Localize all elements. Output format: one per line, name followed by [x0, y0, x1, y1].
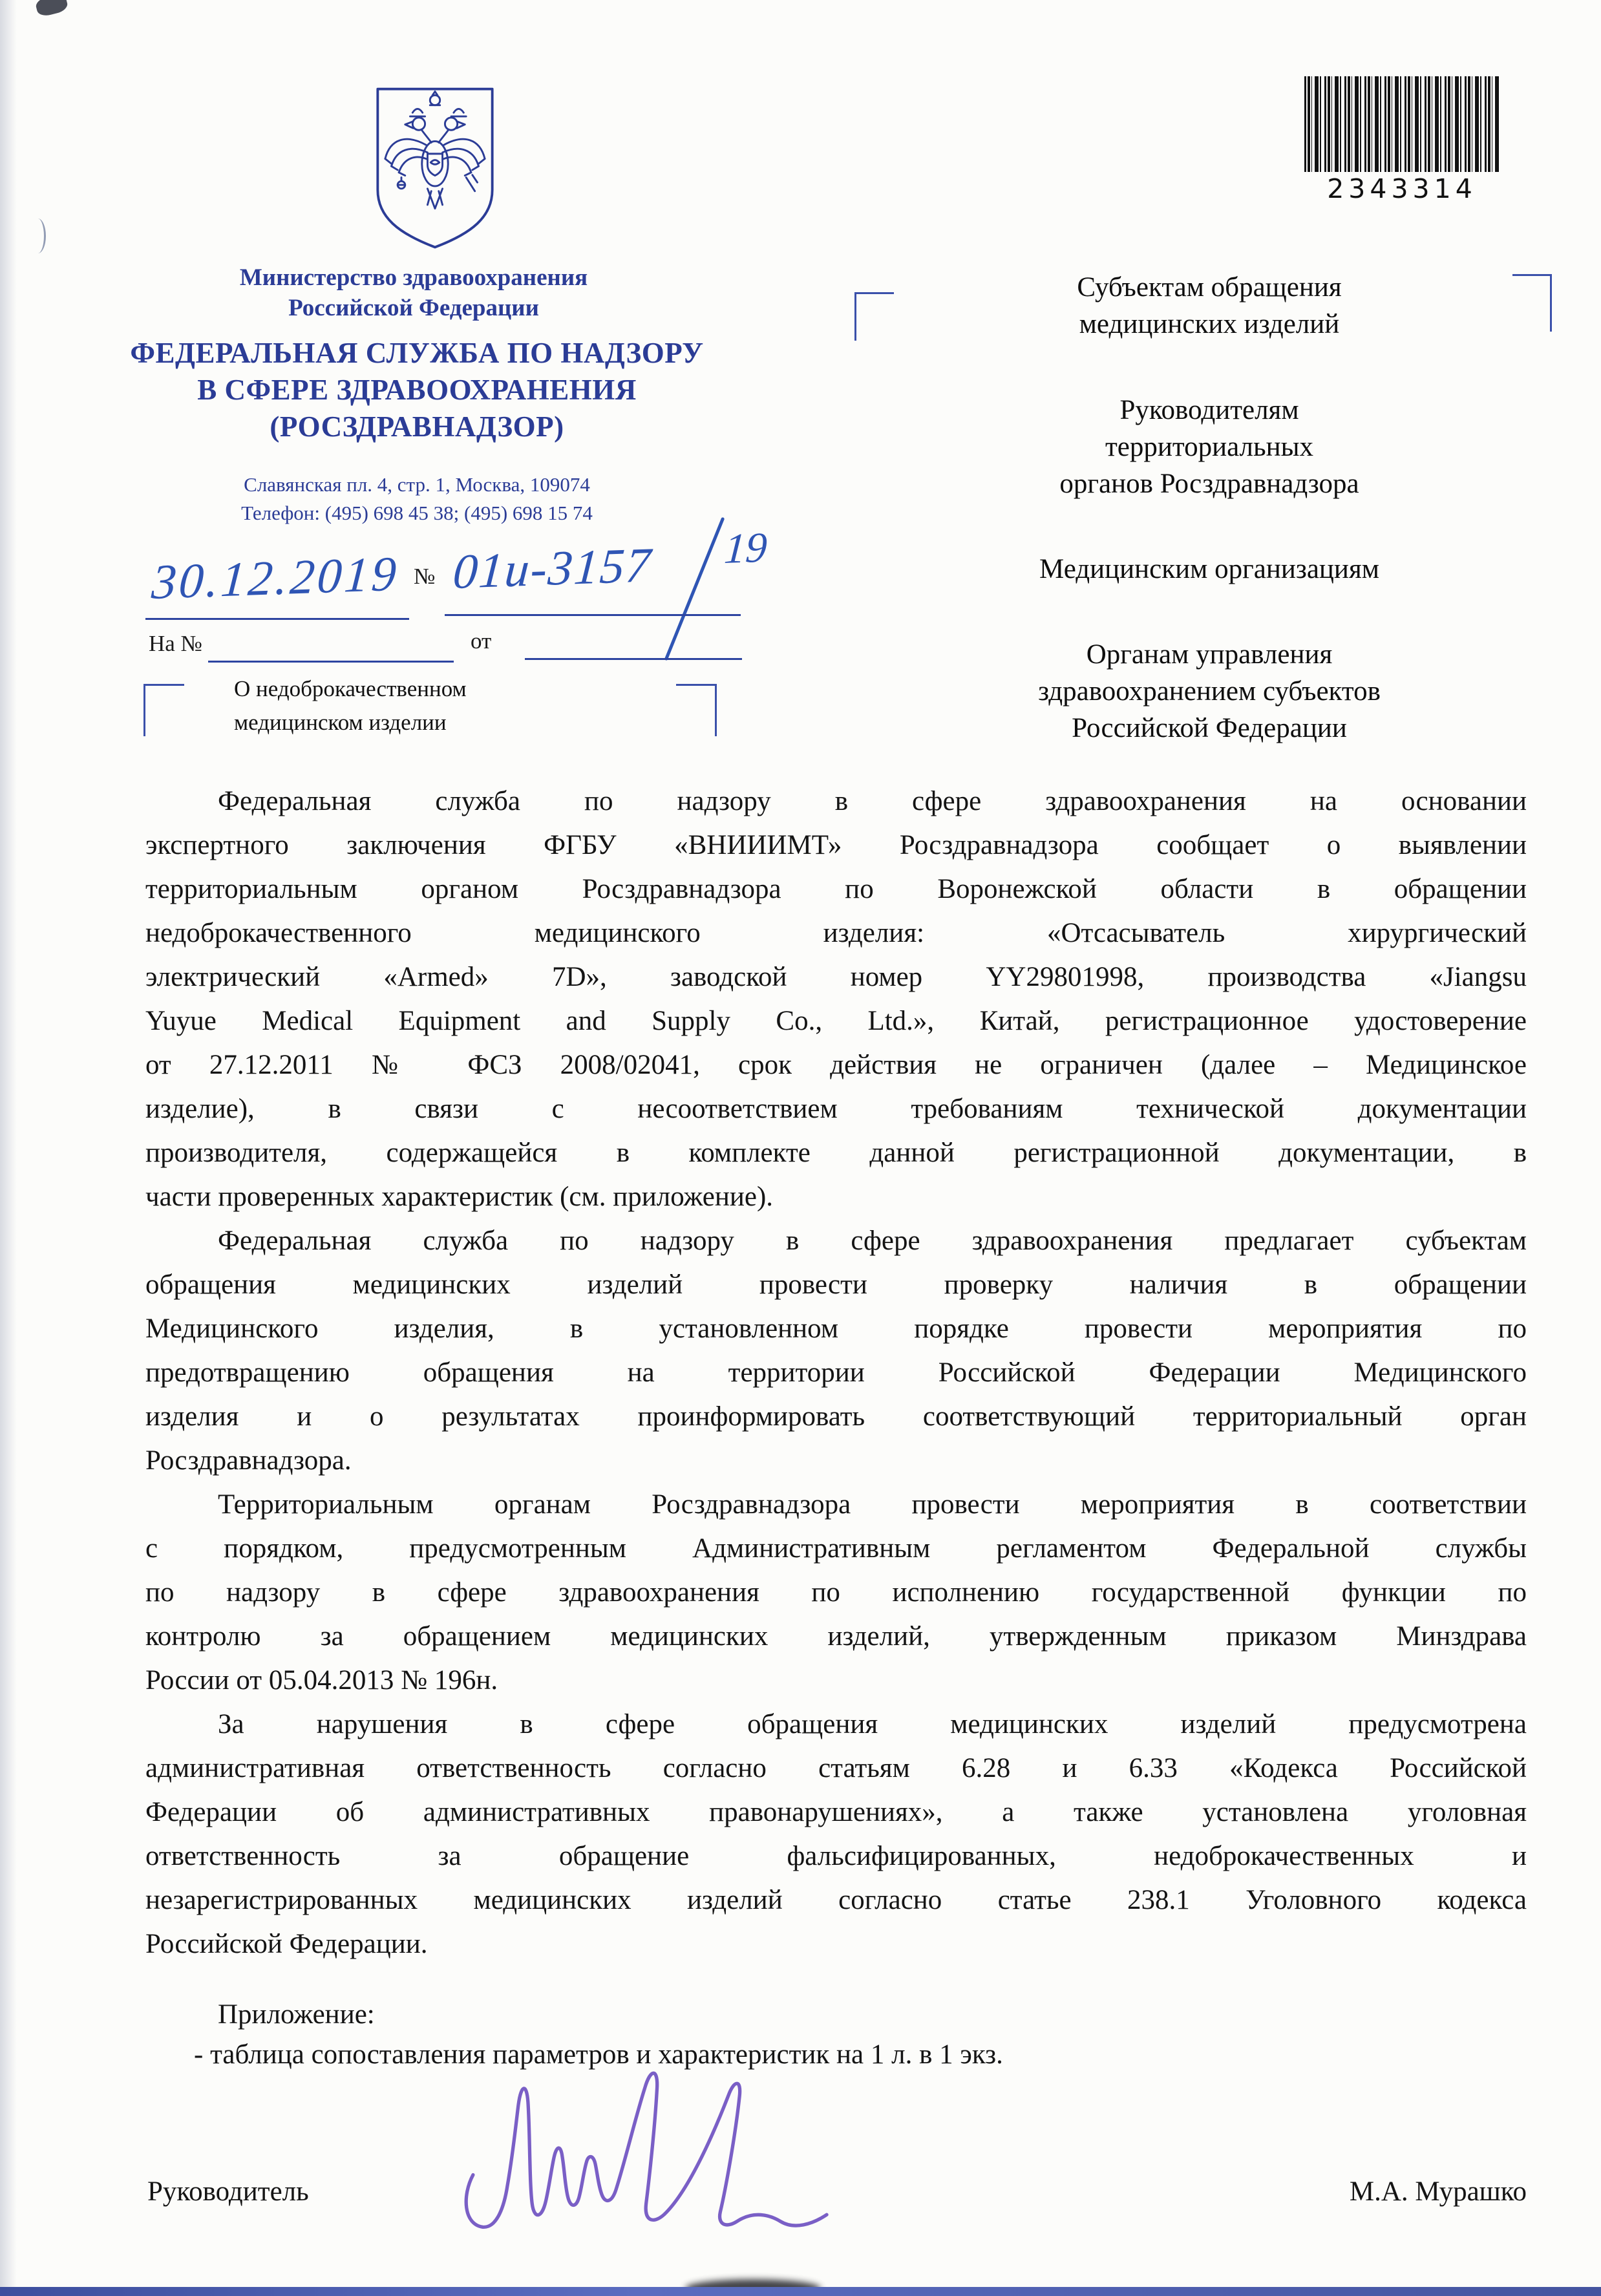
handwritten-date: 30.12.2019: [150, 546, 401, 611]
body-line: недоброкачественного медицинского издели…: [145, 911, 1527, 955]
body-line: России от 05.04.2013 № 196н.: [145, 1659, 1527, 1703]
attachment-title: Приложение:: [145, 1995, 1527, 2035]
reply-from-label: от: [471, 628, 491, 654]
addressee-bracket-left: [854, 292, 894, 341]
addressee-block: Медицинским организациям: [900, 551, 1519, 588]
letterhead-contacts: Славянская пл. 4, стр. 1, Москва, 109074…: [165, 471, 669, 527]
barcode-number: 2343314: [1304, 173, 1500, 204]
coat-of-arms-icon: [366, 81, 504, 256]
body-line: предотвращению обращения на территории Р…: [145, 1351, 1527, 1395]
body-line: Федеральная служба по надзору в сфере зд…: [145, 1219, 1527, 1263]
body-line: Российской Федерации.: [145, 1922, 1527, 1966]
body-line: изделие), в связи с несоответствием треб…: [145, 1087, 1527, 1131]
barcode-image: [1304, 76, 1500, 172]
body-line: территориальным органом Росздравнадзора …: [145, 867, 1527, 911]
body-line: части проверенных характеристик (см. при…: [145, 1175, 1527, 1219]
body-line: административная ответственность согласн…: [145, 1747, 1527, 1791]
signature-autograph: [452, 2041, 892, 2274]
handwritten-number-suffix: 19: [723, 523, 769, 574]
body-text: Федеральная служба по надзору в сфере зд…: [145, 780, 1527, 1966]
signer-position: Руководитель: [147, 2176, 309, 2207]
addressee-block: Субъектам обращения медицинских изделий: [900, 269, 1519, 343]
subject-bracket-right: [676, 684, 717, 736]
body-line: Yuyue Medical Equipment and Supply Co., …: [145, 999, 1527, 1043]
body-line: Федерации об административных правонаруш…: [145, 1791, 1527, 1834]
letterhead-address: Славянская пл. 4, стр. 1, Москва, 109074: [165, 471, 669, 499]
pen-stray-mark: [30, 218, 46, 253]
handwritten-slash-stroke: [664, 517, 725, 661]
signer-name: М.А. Мурашко: [1228, 2176, 1527, 2207]
body-line: от 27.12.2011 № ФСЗ 2008/02041, срок дей…: [145, 1043, 1527, 1087]
body-line: с порядком, предусмотренным Администрати…: [145, 1527, 1527, 1571]
body-line: экспертного заключения ФГБУ «ВНИИИМТ» Ро…: [145, 824, 1527, 867]
reply-to-number-label: На №: [149, 631, 202, 657]
body-line: контролю за обращением медицинских издел…: [145, 1615, 1527, 1659]
body-line: Медицинского изделия, в установленном по…: [145, 1307, 1527, 1351]
number-sign-label: №: [414, 564, 435, 590]
scanned-letter-page: Министерство здравоохранения Российской …: [0, 0, 1601, 2296]
ministry-name: Министерство здравоохранения Российской …: [200, 262, 627, 323]
reply-date-underline: [525, 658, 742, 660]
number-underline: [445, 614, 741, 616]
body-line: незарегистрированных медицинских изделий…: [145, 1878, 1527, 1922]
body-line: изделия и о результатах проинформировать…: [145, 1395, 1527, 1439]
reply-number-underline: [208, 661, 454, 663]
body-line: Росздравнадзора.: [145, 1439, 1527, 1483]
body-line: электрический «Armed» 7D», заводской ном…: [145, 955, 1527, 999]
body-line: Федеральная служба по надзору в сфере зд…: [145, 780, 1527, 824]
scan-edge-shadow: [0, 0, 17, 2296]
subject-line: О недоброкачественном медицинском издели…: [234, 672, 648, 739]
date-underline: [145, 618, 409, 620]
letterhead-phone: Телефон: (495) 698 45 38; (495) 698 15 7…: [165, 499, 669, 527]
body-line: Территориальным органам Росздравнадзора …: [145, 1483, 1527, 1527]
addressee-block: Органам управления здравоохранением субъ…: [900, 636, 1519, 747]
addressee-block: Руководителям территориальных органов Ро…: [900, 392, 1519, 502]
service-name: ФЕДЕРАЛЬНАЯ СЛУЖБА ПО НАДЗОРУ В СФЕРЕ ЗД…: [129, 335, 705, 445]
body-line: производителя, содержащейся в комплекте …: [145, 1131, 1527, 1175]
body-line: обращения медицинских изделий провести п…: [145, 1263, 1527, 1307]
scan-bottom-edge: [0, 2287, 1601, 2296]
body-line: За нарушения в сфере обращения медицинск…: [145, 1703, 1527, 1747]
body-line: по надзору в сфере здравоохранения по ис…: [145, 1571, 1527, 1615]
subject-bracket-left: [143, 684, 184, 736]
scan-corner-smudge: [34, 0, 69, 17]
handwritten-number: 01и-3157: [451, 537, 653, 601]
body-line: ответственность за обращение фальсифицир…: [145, 1834, 1527, 1878]
